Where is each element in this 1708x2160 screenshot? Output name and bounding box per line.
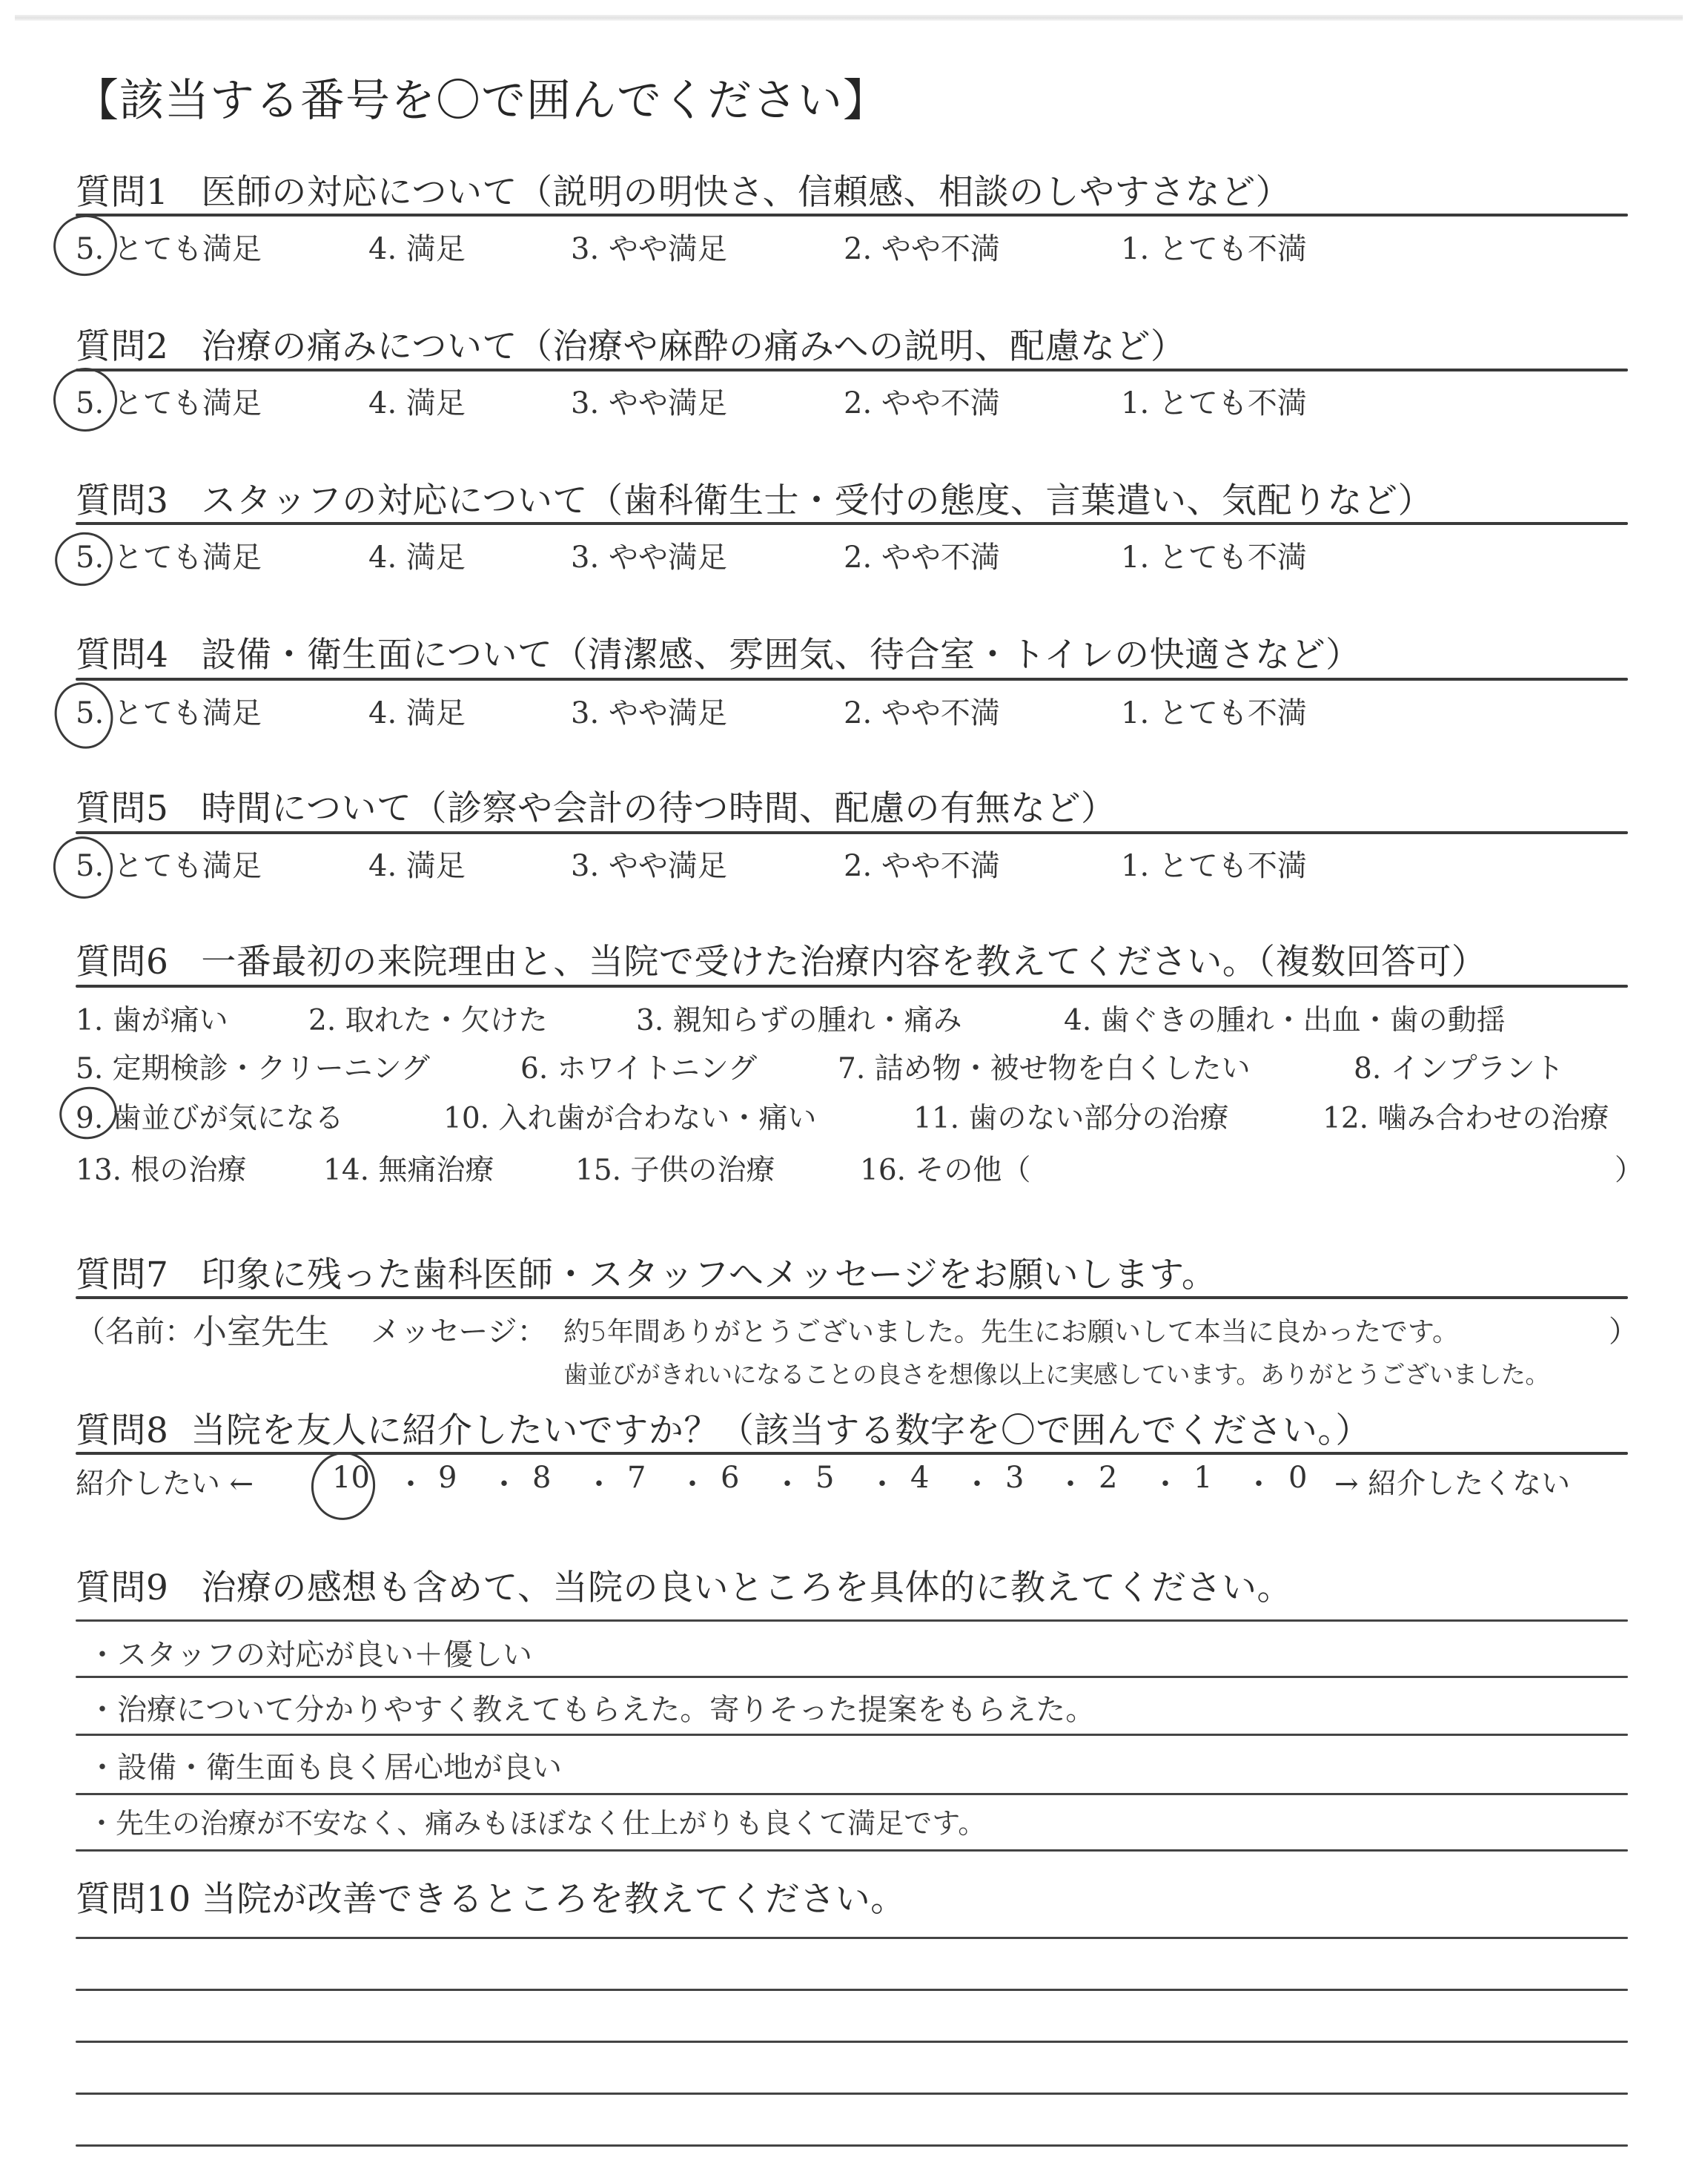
option-4[interactable]: 4. 満足 [368,842,466,885]
question-text: 医師の対応について（説明の明快さ、信頼感、相談のしやすさなど） [201,172,1291,213]
question-text: 当院を友人に紹介したいですか？（該当する数字を〇で囲んでください。） [191,1410,1371,1451]
reason-option-15[interactable]: 15. 子供の治療 [575,1147,775,1189]
question-5-header: 質問5時間について（診察や会計の待つ時間、配慮の有無など） [76,781,1116,830]
scale-separator: ・ [1056,1461,1085,1503]
answer-line[interactable] [76,1989,1628,1991]
scale-0[interactable]: 0 [1288,1461,1307,1495]
scale-separator: ・ [584,1461,614,1503]
scale-separator: ・ [489,1461,519,1503]
option-4[interactable]: 4. 満足 [368,690,466,732]
scale-4[interactable]: 4 [910,1461,929,1495]
name-field[interactable]: 小室先生 [193,1305,329,1354]
message-close-paren: ） [1609,1308,1638,1350]
divider [76,678,1628,681]
scale-3[interactable]: 3 [1005,1461,1024,1495]
answer-line [76,1734,1628,1736]
question-text: 治療の痛みについて（治療や麻酔の痛みへの説明、配慮など） [201,326,1185,367]
option-1[interactable]: 1. とても不満 [1121,225,1307,268]
question-label: 質問3 [76,480,168,521]
divider [76,985,1628,988]
scale-left-label: 紹介したい ← [76,1461,254,1502]
answer-line [76,1849,1628,1852]
selection-circle-mark [47,361,124,438]
message-field-line-1[interactable]: 約5年間ありがとうございました。先生にお願いして本当に良かったです。 [563,1311,1459,1349]
reason-option-14[interactable]: 14. 無痛治療 [323,1147,494,1189]
option-2[interactable]: 2. やや不満 [844,534,1000,576]
answer-line [76,1619,1628,1622]
question-10-header: 質問10当院が改善できるところを教えてください。 [76,1872,906,1921]
divider [76,1452,1628,1455]
divider [76,214,1628,217]
question-label: 質問6 [76,942,168,982]
name-label: （名前： [76,1308,194,1350]
reason-option-16[interactable]: 16. その他（ [860,1147,1030,1189]
selection-circle-mark [47,830,119,905]
scan-top-edge [15,15,1683,21]
selection-circle-mark [47,208,123,283]
reason-option-10[interactable]: 10. 入れ歯が合わない・痛い [443,1095,816,1137]
scale-5[interactable]: 5 [815,1461,834,1495]
question-label: 質問2 [76,326,168,367]
question-label: 質問9 [76,1568,168,1608]
question-2-header: 質問2治療の痛みについて（治療や麻酔の痛みへの説明、配慮など） [76,319,1186,369]
option-1[interactable]: 1. とても不満 [1121,534,1307,576]
question-label: 質問10 [76,1879,191,1920]
option-3[interactable]: 3. やや満足 [571,690,727,732]
reason-option-1[interactable]: 1. 歯が痛い [76,997,228,1039]
reason-option-11[interactable]: 11. 歯のない部分の治療 [913,1095,1228,1137]
option-4[interactable]: 4. 満足 [368,534,466,576]
other-close-paren: ） [1615,1147,1644,1189]
divider [76,1296,1628,1299]
option-1[interactable]: 1. とても不満 [1121,842,1307,885]
question-label: 質問4 [76,635,168,676]
scale-2[interactable]: 2 [1099,1461,1117,1495]
question-text: 設備・衛生面について（清潔感、雰囲気、待合室・トイレの快適さなど） [201,635,1360,676]
question-8-header: 質問8当院を友人に紹介したいですか？（該当する数字を〇で囲んでください。） [76,1403,1371,1453]
question-label: 質問7 [76,1255,168,1295]
answer-text-2[interactable]: ・治療について分かりやすく教えてもらえた。寄りそった提案をもらえた。 [87,1686,1095,1728]
divider [76,522,1628,525]
answer-line[interactable] [76,1937,1628,1939]
option-2[interactable]: 2. やや不満 [844,842,1000,885]
question-7-header: 質問7印象に残った歯科医師・スタッフへメッセージをお願いします。 [76,1247,1217,1297]
reason-option-6[interactable]: 6. ホワイトニング [520,1046,757,1087]
reason-option-4[interactable]: 4. 歯ぐきの腫れ・出血・歯の動揺 [1064,997,1506,1039]
question-text: 一番最初の来院理由と、当院で受けた治療内容を教えてください。（複数回答可） [201,942,1486,982]
answer-line [76,1793,1628,1795]
scale-separator: ・ [962,1461,992,1503]
question-text: 治療の感想も含めて、当院の良いところを具体的に教えてください。 [201,1568,1292,1608]
scale-6[interactable]: 6 [721,1461,739,1495]
option-2[interactable]: 2. やや不満 [844,380,1000,422]
reason-option-7[interactable]: 7. 詰め物・被せ物を白くしたい [838,1046,1251,1087]
scale-9[interactable]: 9 [438,1461,457,1495]
option-3[interactable]: 3. やや満足 [571,534,727,576]
message-field-line-2[interactable]: 歯並びがきれいになることの良さを想像以上に実感しています。ありがとうございました… [563,1355,1549,1390]
reason-option-12[interactable]: 12. 噛み合わせの治療 [1323,1095,1609,1137]
answer-text-4[interactable]: ・先生の治療が不安なく、痛みもほぼなく仕上がりも良くて満足です。 [87,1800,986,1841]
option-1[interactable]: 1. とても不満 [1121,380,1307,422]
selection-circle-mark [47,676,119,755]
selection-circle-mark [306,1447,381,1525]
scale-separator: ・ [1151,1461,1180,1503]
scale-separator: ・ [1244,1461,1274,1503]
answer-line[interactable] [76,2041,1628,2043]
question-text: 印象に残った歯科医師・スタッフへメッセージをお願いします。 [201,1255,1217,1295]
reason-option-8[interactable]: 8. インプラント [1354,1046,1564,1087]
scale-separator: ・ [867,1461,897,1503]
divider [76,369,1628,371]
scale-7[interactable]: 7 [627,1461,646,1495]
question-4-header: 質問4設備・衛生面について（清潔感、雰囲気、待合室・トイレの快適さなど） [76,627,1361,677]
option-2[interactable]: 2. やや不満 [844,690,1000,732]
scale-8[interactable]: 8 [532,1461,551,1495]
reason-option-3[interactable]: 3. 親知らずの腫れ・痛み [636,997,962,1039]
message-label: メッセージ： [371,1308,547,1350]
question-3-header: 質問3スタッフの対応について（歯科衛生士・受付の態度、言葉遣い、気配りなど） [76,473,1433,523]
question-1-header: 質問1医師の対応について（説明の明快さ、信頼感、相談のしやすさなど） [76,165,1291,214]
question-text: スタッフの対応について（歯科衛生士・受付の態度、言葉遣い、気配りなど） [201,480,1433,521]
option-1[interactable]: 1. とても不満 [1121,690,1307,732]
question-label: 質問1 [76,172,168,213]
answer-line [76,1676,1628,1678]
question-6-header: 質問6一番最初の来院理由と、当院で受けた治療内容を教えてください。（複数回答可） [76,934,1486,984]
scale-right-label: → 紹介したくない [1334,1461,1570,1502]
option-3[interactable]: 3. やや満足 [571,842,727,885]
scale-separator: ・ [772,1461,802,1503]
option-4[interactable]: 4. 満足 [368,225,466,268]
option-4[interactable]: 4. 満足 [368,380,466,422]
scale-1[interactable]: 1 [1194,1461,1212,1495]
form-title: 【該当する番号を〇で囲んでください】 [74,65,888,129]
answer-text-3[interactable]: ・設備・衛生面も良く居心地が良い [87,1744,562,1786]
reason-option-13[interactable]: 13. 根の治療 [76,1147,246,1189]
answer-line[interactable] [76,2144,1628,2147]
answer-line[interactable] [76,2093,1628,2095]
question-label: 質問8 [76,1410,168,1451]
reason-option-5[interactable]: 5. 定期検診・クリーニング [76,1046,430,1087]
question-label: 質問5 [76,788,168,829]
question-text: 時間について（診察や会計の待つ時間、配慮の有無など） [201,788,1116,829]
question-text: 当院が改善できるところを教えてください。 [202,1879,906,1920]
scale-separator: ・ [678,1461,707,1503]
question-9-header: 質問9治療の感想も含めて、当院の良いところを具体的に教えてください。 [76,1560,1292,1610]
option-3[interactable]: 3. やや満足 [571,380,727,422]
scale-separator: ・ [396,1461,426,1503]
divider [76,831,1628,834]
answer-text-1[interactable]: ・スタッフの対応が良い＋優しい [87,1631,532,1674]
reason-option-2[interactable]: 2. 取れた・欠けた [308,997,548,1039]
option-2[interactable]: 2. やや不満 [844,225,1000,268]
option-3[interactable]: 3. やや満足 [571,225,727,268]
